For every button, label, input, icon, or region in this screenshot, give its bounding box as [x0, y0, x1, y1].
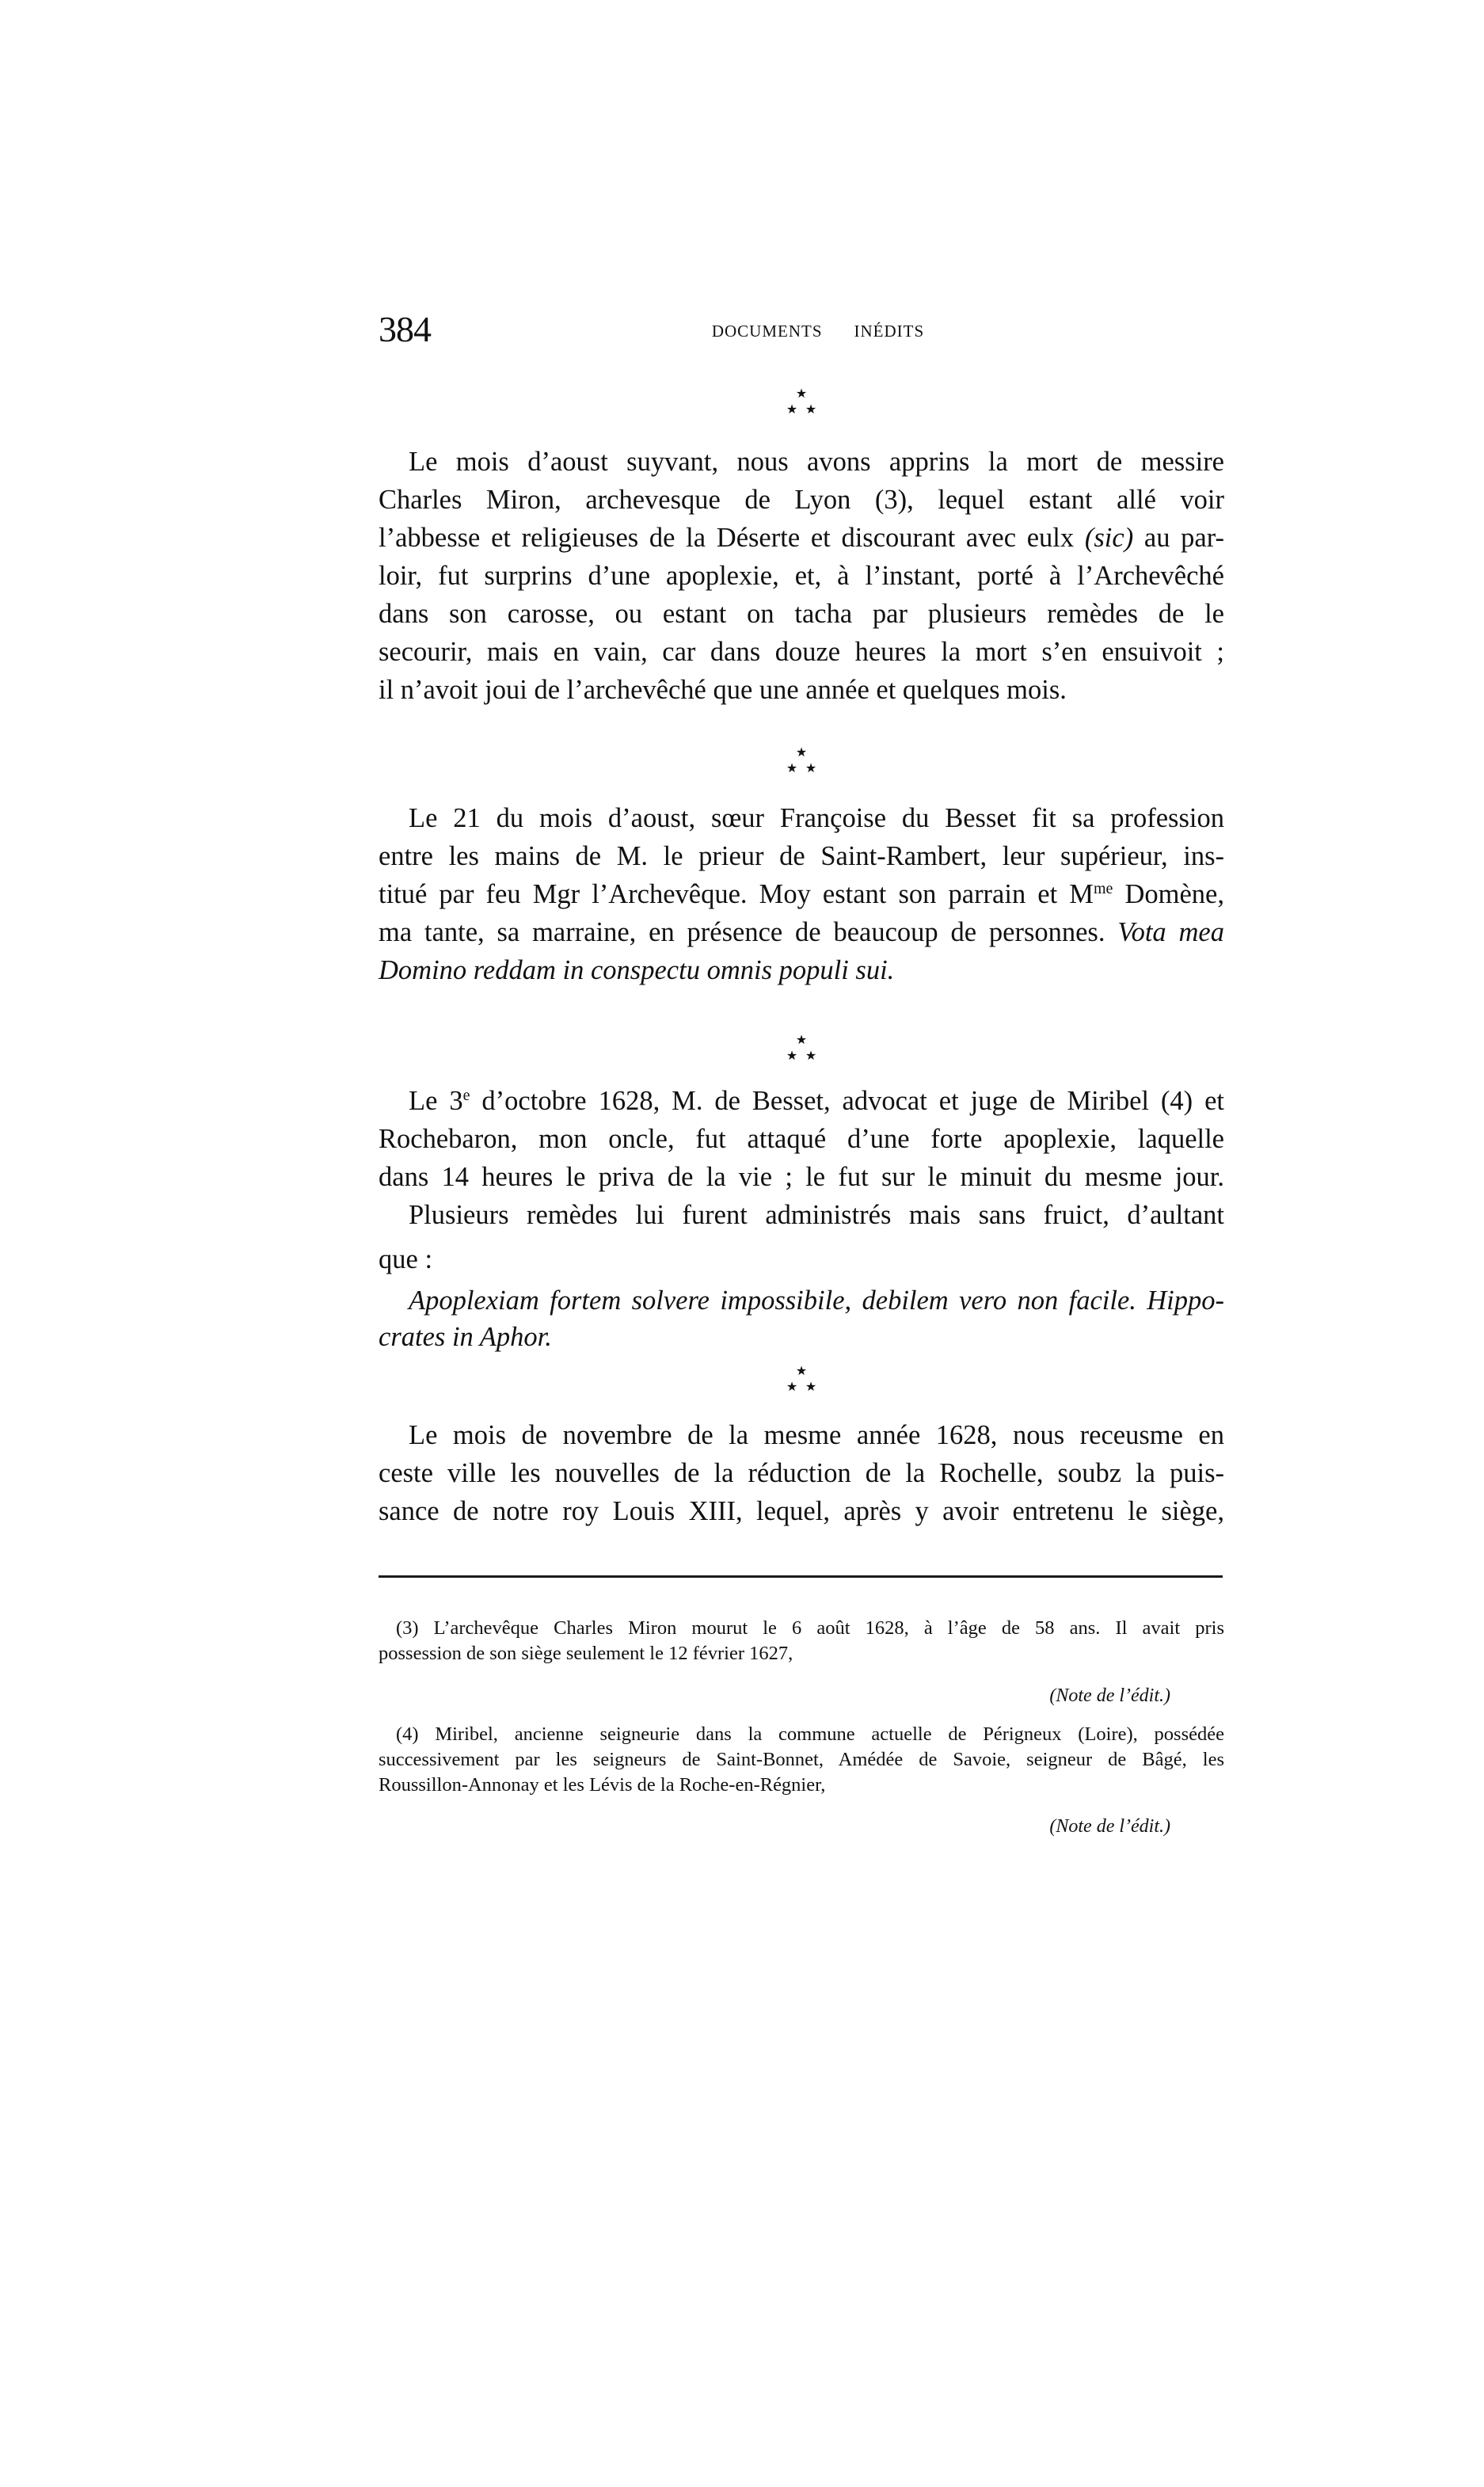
text-span: au par-: [1133, 523, 1224, 553]
text-span: ma tante, sa marraine, en présence de be…: [379, 917, 1117, 947]
running-title: DOCUMENTSINÉDITS: [379, 314, 1226, 345]
text-span: Le 3: [409, 1086, 463, 1116]
text-span: d’octobre 1628, M. de Besset, advocat et…: [470, 1086, 1224, 1116]
footnote-line: (3) L’archevêque Charles Miron mourut le…: [396, 1616, 1224, 1641]
star-icon: ★: [795, 1365, 808, 1378]
footnote-attribution: (Note de l’édit.): [1029, 1683, 1170, 1708]
running-head: 384 DOCUMENTSINÉDITS: [379, 307, 1226, 355]
footnote-line: possession de son siège seulement le 12 …: [379, 1641, 1224, 1666]
footnote-divider: [379, 1575, 1223, 1578]
text-line: Plusieurs remèdes lui furent administrés…: [409, 1196, 1224, 1234]
asterism-icon: ★ ★ ★: [784, 747, 819, 774]
text-line: loir, fut surprins d’une apoplexie, et, …: [379, 557, 1224, 595]
superscript: me: [1094, 880, 1113, 897]
text-line: Le 21 du mois d’aoust, sœur Françoise du…: [409, 799, 1224, 837]
text-line: ceste ville les nouvelles de la réductio…: [379, 1454, 1224, 1492]
star-icon: ★: [805, 404, 817, 417]
text-line-italic: crates in Aphor.: [379, 1318, 1224, 1356]
latin-italic: Vota mea: [1117, 917, 1224, 947]
star-icon: ★: [805, 1381, 817, 1394]
text-line: sance de notre roy Louis XIII, lequel, a…: [379, 1492, 1224, 1530]
text-span: l’abbesse et religieuses de la Déserte e…: [379, 523, 1074, 553]
text-line: que :: [379, 1240, 1224, 1278]
footnote-attribution: (Note de l’édit.): [1029, 1814, 1170, 1839]
footnote-line: successivement par les seigneurs de Sain…: [379, 1747, 1224, 1773]
text-line: Le 3e d’octobre 1628, M. de Besset, advo…: [409, 1082, 1224, 1120]
running-title-word-1: DOCUMENTS: [680, 316, 823, 342]
text-line-italic: Apoplexiam fortem solvere impossibile, d…: [409, 1282, 1224, 1320]
text-line-italic: Domino reddam in conspectu omnis populi …: [379, 951, 1224, 989]
star-icon: ★: [786, 1050, 798, 1063]
asterism-icon: ★ ★ ★: [784, 388, 819, 415]
star-icon: ★: [786, 1381, 798, 1394]
text-line: Le mois d’aoust suyvant, nous avons appr…: [409, 443, 1224, 481]
asterism-icon: ★ ★ ★: [784, 1034, 819, 1061]
text-line: dans son carosse, ou estant on tacha par…: [379, 595, 1224, 633]
text-line: Le mois de novembre de la mesme année 16…: [409, 1416, 1224, 1454]
star-icon: ★: [805, 763, 817, 775]
running-title-word-2: INÉDITS: [823, 316, 925, 342]
text-line: Rochebaron, mon oncle, fut attaqué d’une…: [379, 1120, 1224, 1158]
text-line: dans 14 heures le priva de la vie ; le f…: [379, 1158, 1224, 1196]
text-span: titué par feu Mgr l’Archevêque. Moy esta…: [379, 879, 1094, 909]
footnote-line: Roussillon-Annonay et les Lévis de la Ro…: [379, 1773, 1224, 1798]
text-line: Charles Miron, archevesque de Lyon (3), …: [379, 481, 1224, 519]
book-page: 384 DOCUMENTSINÉDITS ★ ★ ★ Le mois d’aou…: [0, 0, 1484, 2487]
text-line: entre les mains de M. le prieur de Saint…: [379, 837, 1224, 875]
star-icon: ★: [795, 747, 808, 760]
text-line: l’abbesse et religieuses de la Déserte e…: [379, 519, 1224, 557]
star-icon: ★: [786, 404, 798, 417]
text-line: il n’avoit joui de l’archevêché que une …: [379, 671, 1224, 709]
star-icon: ★: [786, 763, 798, 775]
text-span: Domène,: [1113, 879, 1224, 909]
text-line: titué par feu Mgr l’Archevêque. Moy esta…: [379, 875, 1224, 913]
asterism-icon: ★ ★ ★: [784, 1365, 819, 1392]
text-line: ma tante, sa marraine, en présence de be…: [379, 913, 1224, 951]
text-line: secourir, mais en vain, car dans douze h…: [379, 633, 1224, 671]
star-icon: ★: [795, 388, 808, 401]
sic-italic: (sic): [1085, 523, 1133, 553]
footnote-line: (4) Miribel, ancienne seigneurie dans la…: [396, 1722, 1224, 1747]
star-icon: ★: [805, 1050, 817, 1063]
star-icon: ★: [795, 1034, 808, 1047]
